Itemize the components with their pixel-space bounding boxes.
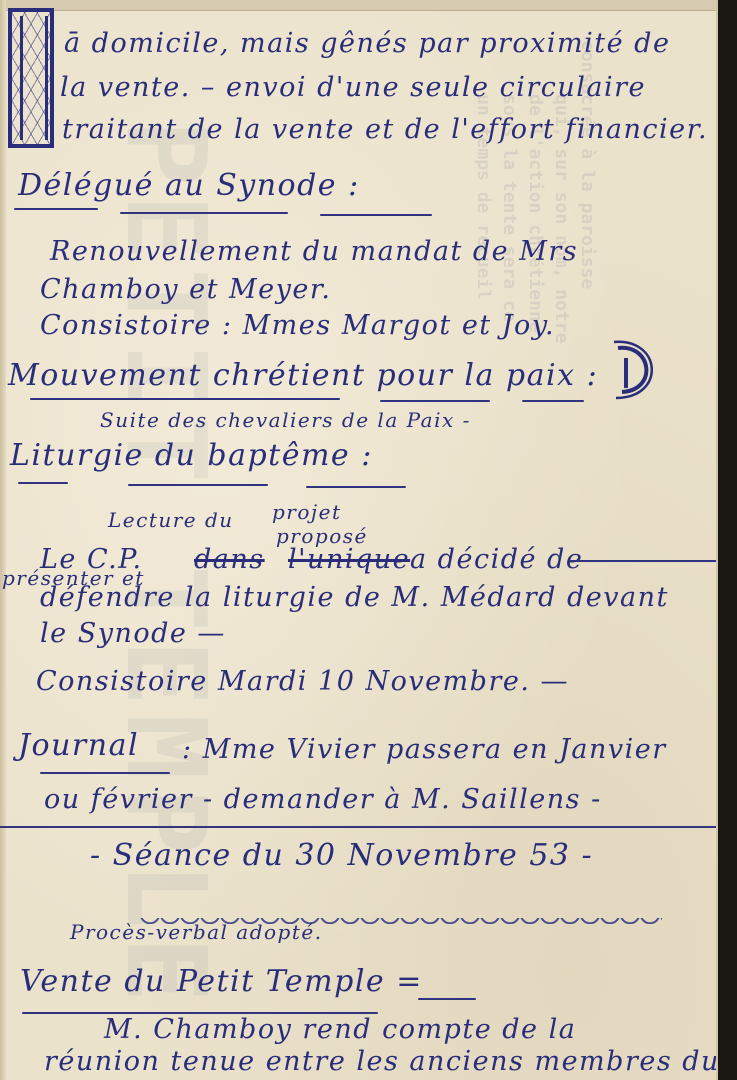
underline [418, 998, 476, 1000]
trailing-dash [570, 560, 718, 562]
section-heading-delegue: Délégué au Synode : [18, 168, 360, 203]
underline [40, 772, 170, 774]
underline [306, 486, 406, 488]
decorated-initial-icon [8, 8, 54, 148]
section-heading-vente: Vente du Petit Temple = [20, 964, 423, 999]
text-line: Renouvellement du mandat de Mrs [50, 236, 578, 267]
text-line: projet [272, 500, 341, 524]
d-stamp-icon [612, 340, 660, 400]
text-line: Consistoire : Mmes Margot et Joy. [40, 310, 555, 341]
page-left-edge [0, 0, 6, 1080]
underline [128, 484, 268, 486]
text-line: Suite des chevaliers de la Paix - [100, 408, 471, 432]
text-line: traitant de la vente et de l'effort fina… [62, 114, 708, 145]
underline [522, 400, 584, 402]
underline [120, 212, 288, 214]
text-line: : Mme Vivier passera en Janvier [182, 734, 667, 765]
text-line: Chamboy et Meyer. [40, 274, 331, 305]
text-line: le Synode — [40, 618, 226, 649]
section-heading-mouvement: Mouvement chrétient pour la paix : [8, 358, 598, 393]
struck-word: l'unique [288, 544, 410, 575]
underline [18, 482, 68, 484]
session-heading: - Séance du 30 Novembre 53 - [90, 838, 593, 873]
text-line: Procès-verbal adopté. [70, 920, 323, 944]
document-page: PETIT TEMPLE consacrée à la paroisse qui… [0, 0, 718, 1080]
section-heading-journal: Journal [18, 728, 139, 763]
underline [30, 398, 340, 400]
text-line: Consistoire Mardi 10 Novembre. — [36, 666, 569, 697]
underline [14, 208, 98, 210]
struck-word: dans [194, 544, 265, 575]
text-line: la vente. – envoi d'une seule circulaire [60, 72, 646, 103]
text-line: réunion tenue entre les anciens membres … [44, 1046, 718, 1077]
text-line: Lecture du [108, 508, 234, 532]
underline [380, 400, 490, 402]
text-line: M. Chamboy rend compte de la [104, 1014, 576, 1045]
section-heading-liturgie: Liturgie du baptême : [10, 438, 373, 473]
page-top-edge [0, 0, 716, 11]
text-line: a décidé de [410, 544, 583, 575]
text-line: ou février - demander à M. Saillens - [44, 784, 602, 815]
text-line: ā domicile, mais gênés par proximité de [64, 28, 670, 59]
section-divider [0, 826, 716, 828]
text-line: défendre la liturgie de M. Médard devant [40, 582, 669, 613]
underline [320, 214, 432, 216]
